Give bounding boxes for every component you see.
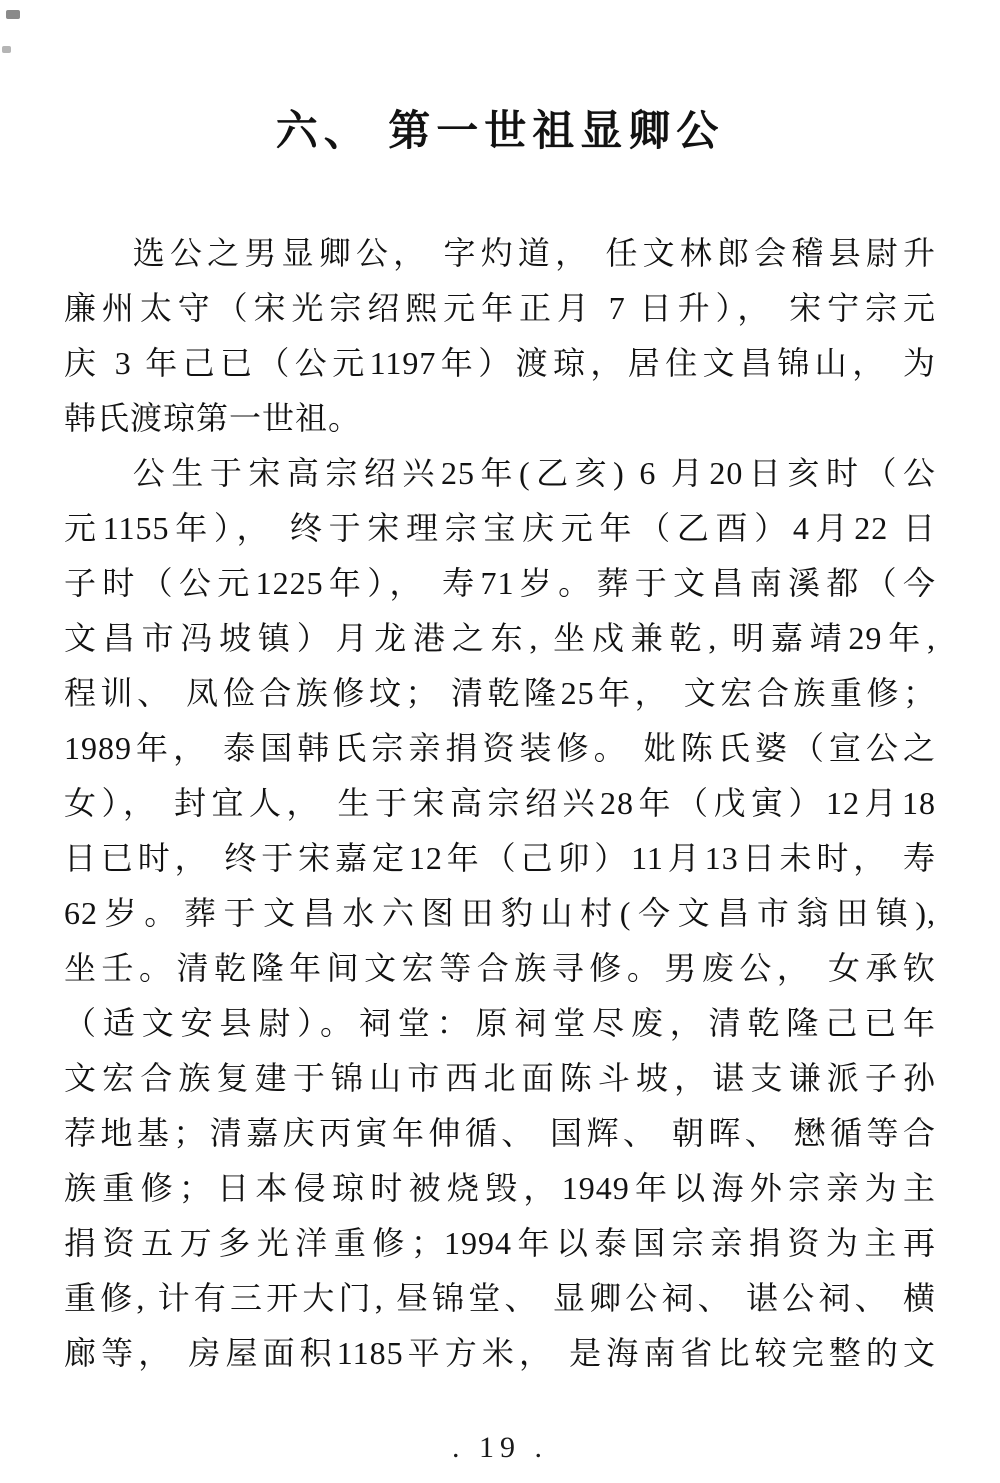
- paragraph: 公生于宋高宗绍兴25年(乙亥) 6 月20日亥时（公元1155年）， 终于宋理宗…: [64, 446, 936, 1381]
- text-line: 文宏合族复建于锦山市西北面陈斗坡，谌支谦派子孙: [64, 1051, 936, 1106]
- text-line: 族重修；日本侵琼时被烧毁，1949年以海外宗亲为主: [64, 1161, 936, 1216]
- text-line: 程训、 凤俭合族修坟； 清乾隆25年， 文宏合族重修；: [64, 666, 936, 721]
- text-line: 文昌市冯坡镇）月龙港之东, 坐戍兼乾, 明嘉靖29年,: [64, 611, 936, 666]
- text-line: 公生于宋高宗绍兴25年(乙亥) 6 月20日亥时（公: [64, 446, 936, 501]
- text-line: 廉州太守（宋光宗绍熙元年正月 7 日升）， 宋宁宗元: [64, 281, 936, 336]
- page-title: 六、 第一世祖显卿公: [64, 98, 936, 158]
- text-line: 元1155年）， 终于宋理宗宝庆元年（乙酉）4月22 日: [64, 501, 936, 556]
- text-line: 子时（公元1225年）， 寿71岁。葬于文昌南溪都（今: [64, 556, 936, 611]
- scan-noise: [6, 10, 20, 19]
- text-line: 62岁。葬于文昌水六图田豹山村(今文昌市翁田镇),: [64, 886, 936, 941]
- paragraph: 选公之男显卿公， 字灼道， 任文林郎会稽县尉升廉州太守（宋光宗绍熙元年正月 7 …: [64, 226, 936, 446]
- text-line: 女）， 封宜人， 生于宋高宗绍兴28年（戊寅）12月18: [64, 776, 936, 831]
- text-line: （适文安县尉）。祠堂：原祠堂尽废，清乾隆己已年: [64, 996, 936, 1051]
- text-line: 庆 3 年己已（公元1197年）渡琼，居住文昌锦山， 为: [64, 336, 936, 391]
- text-line: 荐地基；清嘉庆丙寅年伸循、 国辉、 朝晖、 懋循等合: [64, 1106, 936, 1161]
- text-line: 坐壬。清乾隆年间文宏等合族寻修。男废公， 女承钦: [64, 941, 936, 996]
- scan-noise: [2, 46, 11, 53]
- text-line: 日已时， 终于宋嘉定12年（己卯）11月13日未时， 寿: [64, 831, 936, 886]
- text-line: 重修, 计有三开大门, 昼锦堂、 显卿公祠、 谌公祠、 横: [64, 1271, 936, 1326]
- text-line: 捐资五万多光洋重修；1994年以泰国宗亲捐资为主再: [64, 1216, 936, 1271]
- text-line: 选公之男显卿公， 字灼道， 任文林郎会稽县尉升: [64, 226, 936, 281]
- text-line: 1989年， 泰国韩氏宗亲捐资装修。 妣陈氏婆（宣公之: [64, 721, 936, 776]
- text-line: 廊等， 房屋面积1185平方米， 是海南省比较完整的文: [64, 1326, 936, 1381]
- page-number: . 19 .: [0, 1431, 1000, 1465]
- text-line: 韩氏渡琼第一世祖。: [64, 391, 936, 446]
- document-body: 选公之男显卿公， 字灼道， 任文林郎会稽县尉升廉州太守（宋光宗绍熙元年正月 7 …: [64, 226, 936, 1381]
- document-page: 六、 第一世祖显卿公 选公之男显卿公， 字灼道， 任文林郎会稽县尉升廉州太守（宋…: [0, 0, 1000, 1483]
